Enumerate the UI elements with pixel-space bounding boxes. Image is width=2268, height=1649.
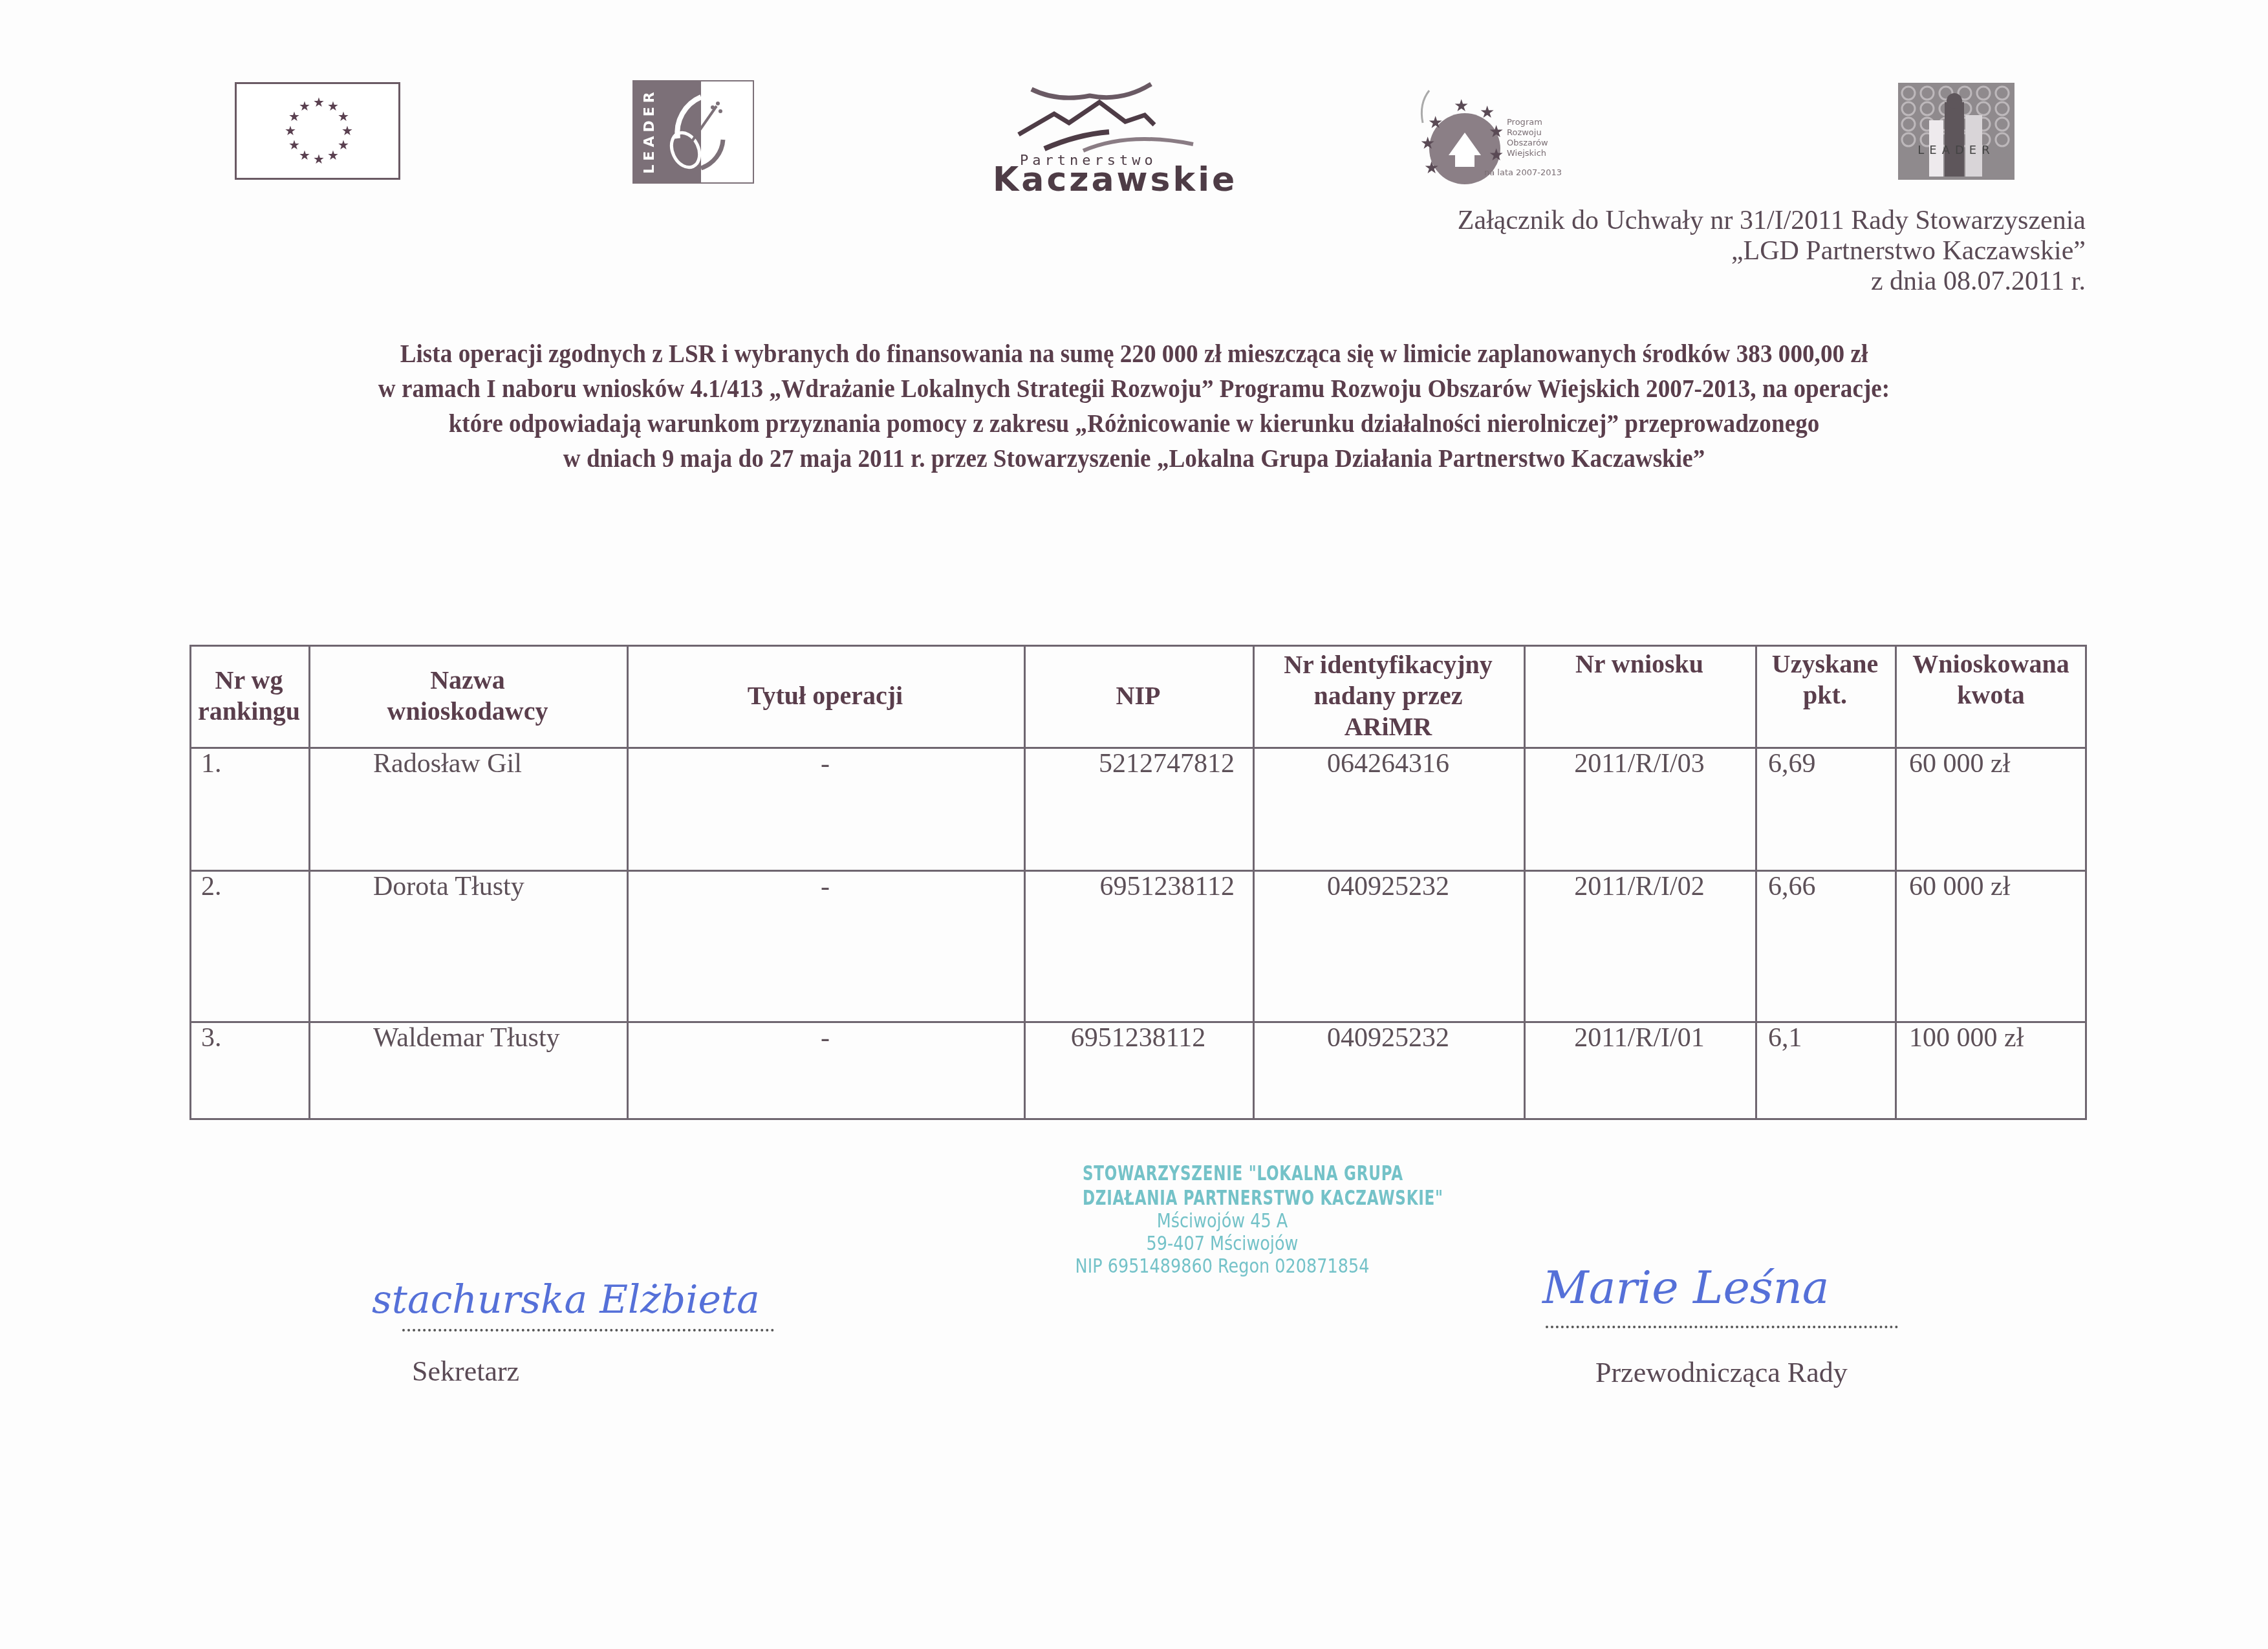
operations-table: Nr wgrankinguNazwawnioskodawcyTytuł oper…	[189, 645, 2087, 1120]
document-title: Lista operacji zgodnych z LSR i wybranyc…	[230, 336, 2038, 476]
cell-points: 6,69	[1755, 748, 1895, 779]
svg-text:★: ★	[1454, 96, 1469, 116]
svg-text:★: ★	[1489, 122, 1504, 142]
cell-rank: 2.	[189, 871, 308, 902]
cell-requested-amount: 60 000 zł	[1895, 871, 2087, 902]
cell-operation-title: -	[627, 871, 1024, 902]
cell-points: 6,1	[1755, 1022, 1895, 1053]
annex-line-2: „LGD Partnerstwo Kaczawskie”	[1458, 236, 2086, 266]
stamp-line-1: STOWARZYSZENIE "LOKALNA GRUPA	[1083, 1161, 1362, 1185]
annex-line-1: Załącznik do Uchwały nr 31/I/2011 Rady S…	[1458, 206, 2086, 236]
role-secretary: Sekretarz	[412, 1355, 519, 1388]
svg-text:★: ★	[1428, 113, 1443, 133]
title-line-2: w ramach I naboru wniosków 4.1/413 „Wdra…	[230, 371, 2038, 406]
svg-text:★: ★	[1489, 145, 1504, 165]
logo-kaczawskie-text: Kaczawskie	[993, 163, 1237, 197]
header-operation-title: Tytuł operacji	[627, 645, 1024, 747]
signature-secretary: stachurska Elżbieta	[372, 1277, 760, 1322]
cell-nip: 5212747812	[1024, 748, 1253, 779]
svg-text:★: ★	[327, 147, 339, 163]
annex-reference: Załącznik do Uchwały nr 31/I/2011 Rady S…	[1458, 206, 2086, 297]
role-chairwoman: Przewodnicząca Rady	[1595, 1356, 1848, 1389]
cell-application-number: 2011/R/I/03	[1524, 748, 1755, 779]
header-points: Uzyskanepkt.	[1755, 645, 1895, 747]
svg-text:★: ★	[1420, 134, 1435, 153]
signature-line-left	[402, 1329, 774, 1331]
stamp-line-2: DZIAŁANIA PARTNERSTWO KACZAWSKIE"	[1083, 1185, 1362, 1210]
leader-people-icon	[1898, 83, 2014, 180]
cell-nip: 6951238112	[1024, 1022, 1253, 1053]
leader-wheat-icon	[632, 80, 753, 184]
cell-requested-amount: 100 000 zł	[1895, 1022, 2087, 1053]
title-line-3: które odpowiadają warunkom przyznania po…	[230, 406, 2038, 441]
cell-applicant-name: Waldemar Tłusty	[308, 1022, 627, 1053]
svg-text:★: ★	[341, 123, 353, 138]
leader-people-text: LEADER	[1898, 144, 2014, 157]
svg-text:★: ★	[299, 147, 310, 163]
table-row-divider	[189, 1118, 2087, 1120]
cell-arimr-id: 064264316	[1253, 748, 1524, 779]
prow-logo: ★★★ ★★★★ Program Rozwoju Obszarów Wiejsk…	[1416, 78, 1630, 194]
svg-text:★: ★	[313, 94, 325, 110]
svg-text:★: ★	[299, 98, 310, 114]
mountains-icon	[993, 70, 1200, 154]
cell-arimr-id: 040925232	[1253, 871, 1524, 902]
cell-rank: 3.	[189, 1022, 308, 1053]
svg-text:★: ★	[1480, 103, 1495, 122]
stamp-nip-regon: NIP 6951489860 Regon 020871854	[1057, 1255, 1387, 1278]
header-arimr-id: Nr identyfikacyjnynadany przezARiMR	[1253, 645, 1524, 747]
title-line-4: w dniach 9 maja do 27 maja 2011 r. przez…	[230, 441, 2038, 476]
header-nip: NIP	[1024, 645, 1253, 747]
annex-date: z dnia 08.07.2011 r.	[1458, 266, 2086, 297]
title-line-1: Lista operacji zgodnych z LSR i wybranyc…	[230, 336, 2038, 371]
signature-chairwoman: Marie Leśna	[1542, 1261, 1830, 1314]
cell-arimr-id: 040925232	[1253, 1022, 1524, 1053]
cell-application-number: 2011/R/I/02	[1524, 871, 1755, 902]
cell-requested-amount: 60 000 zł	[1895, 748, 2087, 779]
eu-stars-icon: ★★★★★★★★★★★★	[237, 84, 398, 178]
header-requested-amount: Wnioskowanakwota	[1895, 645, 2087, 747]
svg-text:★: ★	[285, 123, 296, 138]
svg-text:★: ★	[338, 137, 349, 153]
header-applicant-name: Nazwawnioskodawcy	[308, 645, 627, 747]
cell-rank: 1.	[189, 748, 308, 779]
header-application-number: Nr wniosku	[1524, 645, 1755, 747]
leader-logo: LEADER	[632, 80, 753, 184]
cell-operation-title: -	[627, 1022, 1024, 1053]
signature-line-right	[1546, 1326, 1898, 1328]
leader-people-logo: LEADER	[1898, 83, 2014, 180]
association-stamp: STOWARZYSZENIE "LOKALNA GRUPA DZIAŁANIA …	[1028, 1161, 1416, 1278]
cell-application-number: 2011/R/I/01	[1524, 1022, 1755, 1053]
cell-applicant-name: Radosław Gil	[308, 748, 627, 779]
svg-text:★: ★	[338, 109, 349, 124]
eu-flag-logo: ★★★★★★★★★★★★	[235, 82, 400, 180]
partnerstwo-kaczawskie-logo: Partnerstwo Kaczawskie	[993, 70, 1200, 186]
cell-operation-title: -	[627, 748, 1024, 779]
stamp-address-1: Mściwojów 45 A	[1057, 1210, 1387, 1233]
header-rank: Nr wgrankingu	[189, 645, 308, 747]
svg-text:★: ★	[313, 151, 325, 167]
svg-text:★: ★	[1424, 158, 1439, 178]
cell-applicant-name: Dorota Tłusty	[308, 871, 627, 902]
prow-years-text: na lata 2007-2013	[1484, 168, 1562, 178]
svg-text:★: ★	[288, 137, 300, 153]
stamp-address-2: 59-407 Mściwojów	[1057, 1233, 1387, 1255]
cell-points: 6,66	[1755, 871, 1895, 902]
cell-nip: 6951238112	[1024, 871, 1253, 902]
prow-program-text: Program Rozwoju Obszarów Wiejskich	[1507, 118, 1548, 159]
